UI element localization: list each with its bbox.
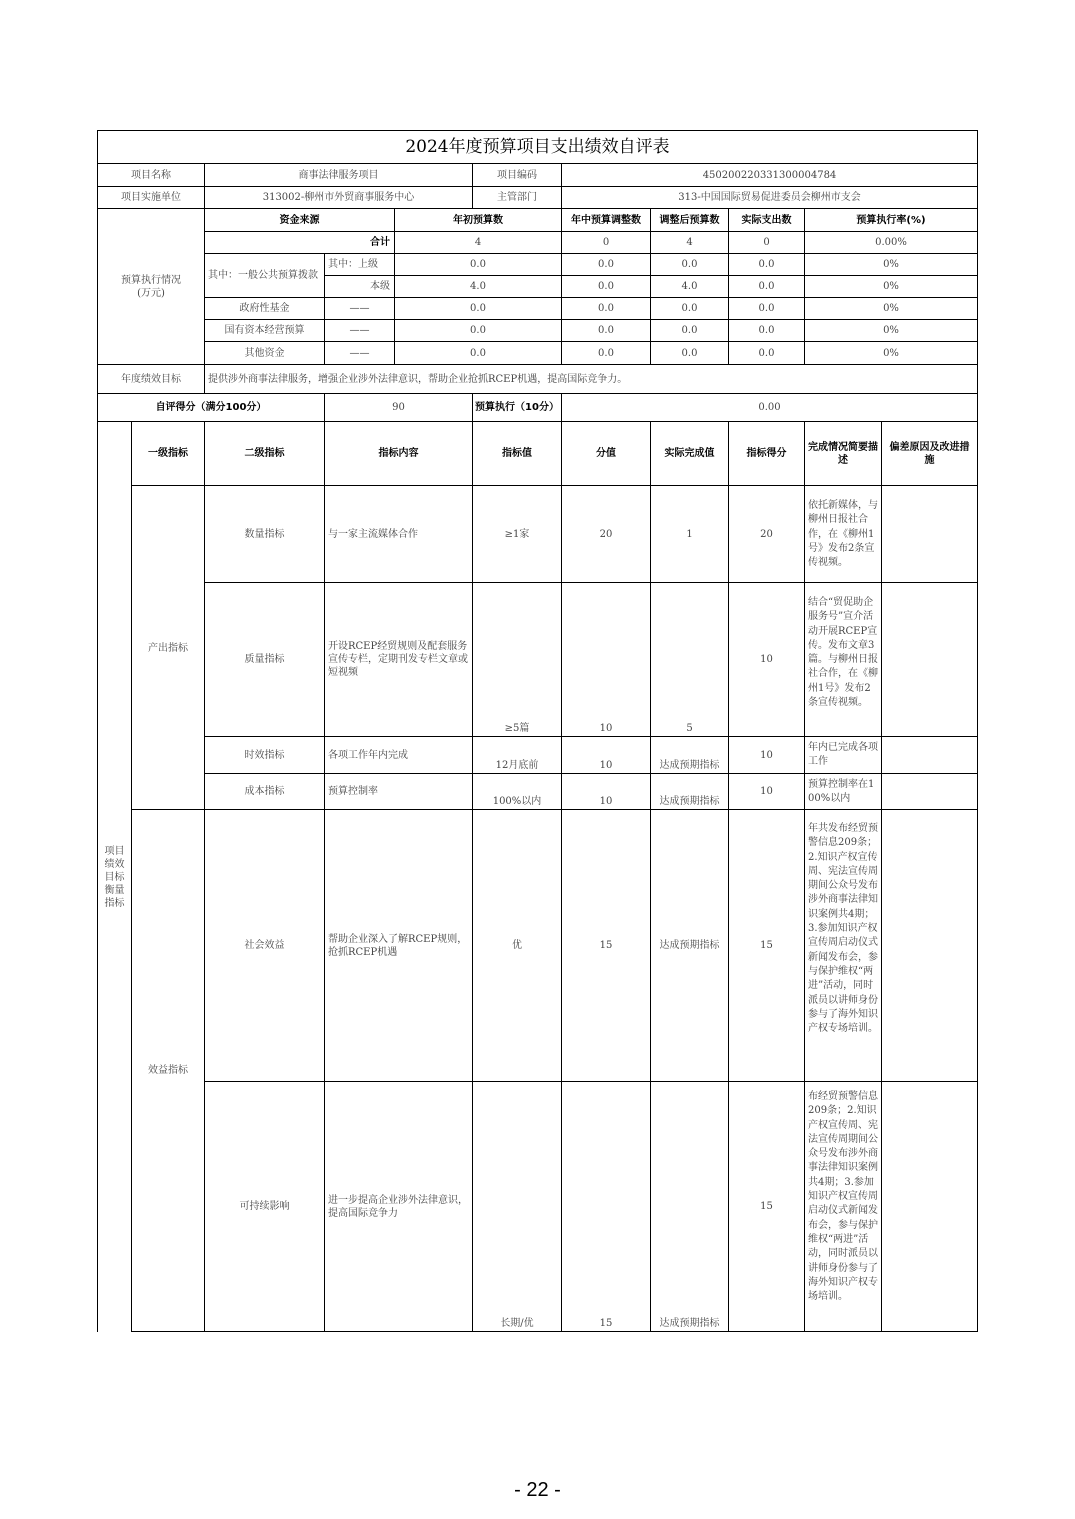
form-title: 2024年度预算项目支出绩效自评表 — [97, 130, 978, 164]
ind-weight: 10 — [561, 736, 651, 774]
budget-row-adjust: 0.0 — [561, 253, 651, 276]
budget-row-adjust: 0.0 — [561, 297, 651, 320]
ind-score: 10 — [728, 736, 805, 774]
ind-score: 15 — [728, 1081, 805, 1332]
ind-content: 进一步提高企业涉外法律意识，提高国际竞争力 — [324, 1081, 473, 1332]
budget-row-adjusted: 0.0 — [650, 297, 729, 320]
budget-header-adjust: 年中预算调整数 — [561, 208, 651, 232]
budget-row-rate: 0% — [804, 275, 978, 298]
budget-row-actual: 0.0 — [728, 275, 805, 298]
budget-total-actual: 0 — [728, 231, 805, 254]
budget-row-label: 政府性基金 — [204, 297, 325, 320]
ind-level2: 可持续影响 — [204, 1081, 325, 1332]
ind-score: 15 — [728, 809, 805, 1082]
ind-weight: 15 — [561, 809, 651, 1082]
ind-deviation — [881, 773, 978, 810]
ind-level2: 质量指标 — [204, 582, 325, 737]
ind-desc: 年共发布经贸预警信息209条；2.知识产权宣传周、宪法宣传周期间公众号发布涉外商… — [804, 809, 882, 1082]
ind-desc: 布经贸预警信息209条；2.知识产权宣传周、宪法宣传周期间公众号发布涉外商事法律… — [804, 1081, 882, 1332]
ind-desc: 结合“贸促助企服务号”宣介活动开展RCEP宣传。发布文章3篇。与柳州日报社合作，… — [804, 582, 882, 737]
ind-target: 优 — [472, 809, 562, 1082]
ind-actual: 达成预期指标 — [650, 773, 729, 810]
budget-header-source: 资金来源 — [204, 208, 395, 232]
budget-exec-score-label: 预算执行（10分） — [472, 393, 562, 422]
annual-goal-text: 提供涉外商事法律服务，增强企业涉外法律意识，帮助企业抢抓RCEP机遇，提高国际竞… — [204, 364, 978, 394]
project-unit: 313002-柳州市外贸商事服务中心 — [204, 186, 473, 209]
ind-score: 10 — [728, 582, 805, 737]
ind-level2: 成本指标 — [204, 773, 325, 810]
budget-row-initial: 0.0 — [394, 319, 562, 342]
ind-actual: 达成预期指标 — [650, 736, 729, 774]
ind-weight: 10 — [561, 773, 651, 810]
budget-header-initial: 年初预算数 — [394, 208, 562, 232]
budget-row-adjusted: 0.0 — [650, 319, 729, 342]
budget-row-actual: 0.0 — [728, 253, 805, 276]
budget-row-initial: 4.0 — [394, 275, 562, 298]
budget-row-dash: —— — [324, 297, 395, 320]
ind-weight: 15 — [561, 1081, 651, 1332]
budget-row-adjust: 0.0 — [561, 275, 651, 298]
project-code: 450200220331300004784 — [561, 163, 978, 187]
budget-row-rate: 0% — [804, 297, 978, 320]
ind-content: 开设RCEP经贸规则及配套服务宣传专栏，定期刊发专栏文章或短视频 — [324, 582, 473, 737]
budget-row-actual: 0.0 — [728, 341, 805, 365]
ind-header-target: 指标值 — [472, 421, 562, 486]
budget-row-rate: 0% — [804, 253, 978, 276]
budget-row-label: 其他资金 — [204, 341, 325, 365]
budget-row-rate: 0% — [804, 341, 978, 365]
budget-row-adjust: 0.0 — [561, 319, 651, 342]
ind-header-content: 指标内容 — [324, 421, 473, 486]
ind-weight: 10 — [561, 582, 651, 737]
ind-level2: 时效指标 — [204, 736, 325, 774]
ind-header-actual: 实际完成值 — [650, 421, 729, 486]
self-score-label: 自评得分（满分100分） — [97, 393, 325, 422]
budget-section-label-line2: (万元) — [137, 287, 165, 300]
budget-total-adjust: 0 — [561, 231, 651, 254]
ind-content: 预算控制率 — [324, 773, 473, 810]
side-line: 指标 — [105, 897, 125, 910]
ind-target: 长期/优 — [472, 1081, 562, 1332]
budget-row-adjusted: 4.0 — [650, 275, 729, 298]
budget-total-rate: 0.00% — [804, 231, 978, 254]
ind-deviation — [881, 809, 978, 1082]
ind-target: 100%以内 — [472, 773, 562, 810]
ind-deviation — [881, 582, 978, 737]
ind-header-weight: 分值 — [561, 421, 651, 486]
budget-total-initial: 4 — [394, 231, 562, 254]
ind-deviation — [881, 1081, 978, 1332]
budget-total-adjusted: 4 — [650, 231, 729, 254]
ind-score: 20 — [728, 485, 805, 583]
budget-row-label: 国有资本经营预算 — [204, 319, 325, 342]
budget-row-actual: 0.0 — [728, 319, 805, 342]
ind-score: 10 — [728, 773, 805, 810]
budget-header-adjusted: 调整后预算数 — [650, 208, 729, 232]
project-name: 商事法律服务项目 — [204, 163, 473, 187]
side-line: 绩效 — [105, 858, 125, 871]
budget-row-rate: 0% — [804, 319, 978, 342]
indicators-side-label: 项目 绩效 目标 衡量 指标 — [97, 421, 132, 1332]
budget-row-dash: —— — [324, 319, 395, 342]
ind-desc: 年内已完成各项工作 — [804, 736, 882, 774]
level1-benefit: 效益指标 — [131, 809, 205, 1332]
budget-total-label: 合计 — [204, 231, 395, 254]
ind-level2: 社会效益 — [204, 809, 325, 1082]
ind-desc: 依托新媒体，与柳州日报社合作，在《柳州1号》发布2条宣传视频。 — [804, 485, 882, 583]
ind-actual: 1 — [650, 485, 729, 583]
budget-row-adjust: 0.0 — [561, 341, 651, 365]
budget-exec-score-value: 0.00 — [561, 393, 978, 422]
budget-section-label-line1: 预算执行情况 — [121, 274, 181, 287]
side-line: 项目 — [105, 845, 125, 858]
ind-header-level1: 一级指标 — [131, 421, 205, 486]
budget-row-initial: 0.0 — [394, 341, 562, 365]
page-number: - 22 - — [0, 1479, 1075, 1502]
budget-row-actual: 0.0 — [728, 297, 805, 320]
ind-deviation — [881, 485, 978, 583]
ind-content: 帮助企业深入了解RCEP规则，抢抓RCEP机遇 — [324, 809, 473, 1082]
budget-row-label: 其中：上级 — [324, 253, 395, 276]
project-code-label: 项目编码 — [472, 163, 562, 187]
self-score-value: 90 — [324, 393, 473, 422]
budget-row-label: 本级 — [324, 275, 395, 298]
budget-row-adjusted: 0.0 — [650, 253, 729, 276]
annual-goal-label: 年度绩效目标 — [97, 364, 205, 394]
ind-weight: 20 — [561, 485, 651, 583]
budget-header-actual: 实际支出数 — [728, 208, 805, 232]
budget-header-rate: 预算执行率(%) — [804, 208, 978, 232]
budget-row-initial: 0.0 — [394, 253, 562, 276]
project-unit-label: 项目实施单位 — [97, 186, 205, 209]
ind-target: ≥1家 — [472, 485, 562, 583]
project-dept: 313-中国国际贸易促进委员会柳州市支会 — [561, 186, 978, 209]
ind-content: 各项工作年内完成 — [324, 736, 473, 774]
budget-section-label: 预算执行情况 (万元) — [97, 208, 205, 365]
ind-deviation — [881, 736, 978, 774]
ind-actual: 达成预期指标 — [650, 1081, 729, 1332]
budget-general-label: 其中：一般公共预算拨款 — [204, 253, 325, 298]
ind-header-score: 指标得分 — [728, 421, 805, 486]
ind-target: ≥5篇 — [472, 582, 562, 737]
ind-header-desc: 完成情况简要描述 — [804, 421, 882, 486]
budget-row-adjusted: 0.0 — [650, 341, 729, 365]
ind-header-deviation: 偏差原因及改进措施 — [881, 421, 978, 486]
ind-content: 与一家主流媒体合作 — [324, 485, 473, 583]
budget-row-dash: —— — [324, 341, 395, 365]
ind-target: 12月底前 — [472, 736, 562, 774]
project-name-label: 项目名称 — [97, 163, 205, 187]
side-line: 目标 — [105, 871, 125, 884]
ind-actual: 5 — [650, 582, 729, 737]
side-line: 衡量 — [105, 884, 125, 897]
budget-row-initial: 0.0 — [394, 297, 562, 320]
ind-desc: 预算控制率在100%以内 — [804, 773, 882, 810]
ind-actual: 达成预期指标 — [650, 809, 729, 1082]
ind-level2: 数量指标 — [204, 485, 325, 583]
project-dept-label: 主管部门 — [472, 186, 562, 209]
ind-header-level2: 二级指标 — [204, 421, 325, 486]
level1-output: 产出指标 — [131, 485, 205, 810]
